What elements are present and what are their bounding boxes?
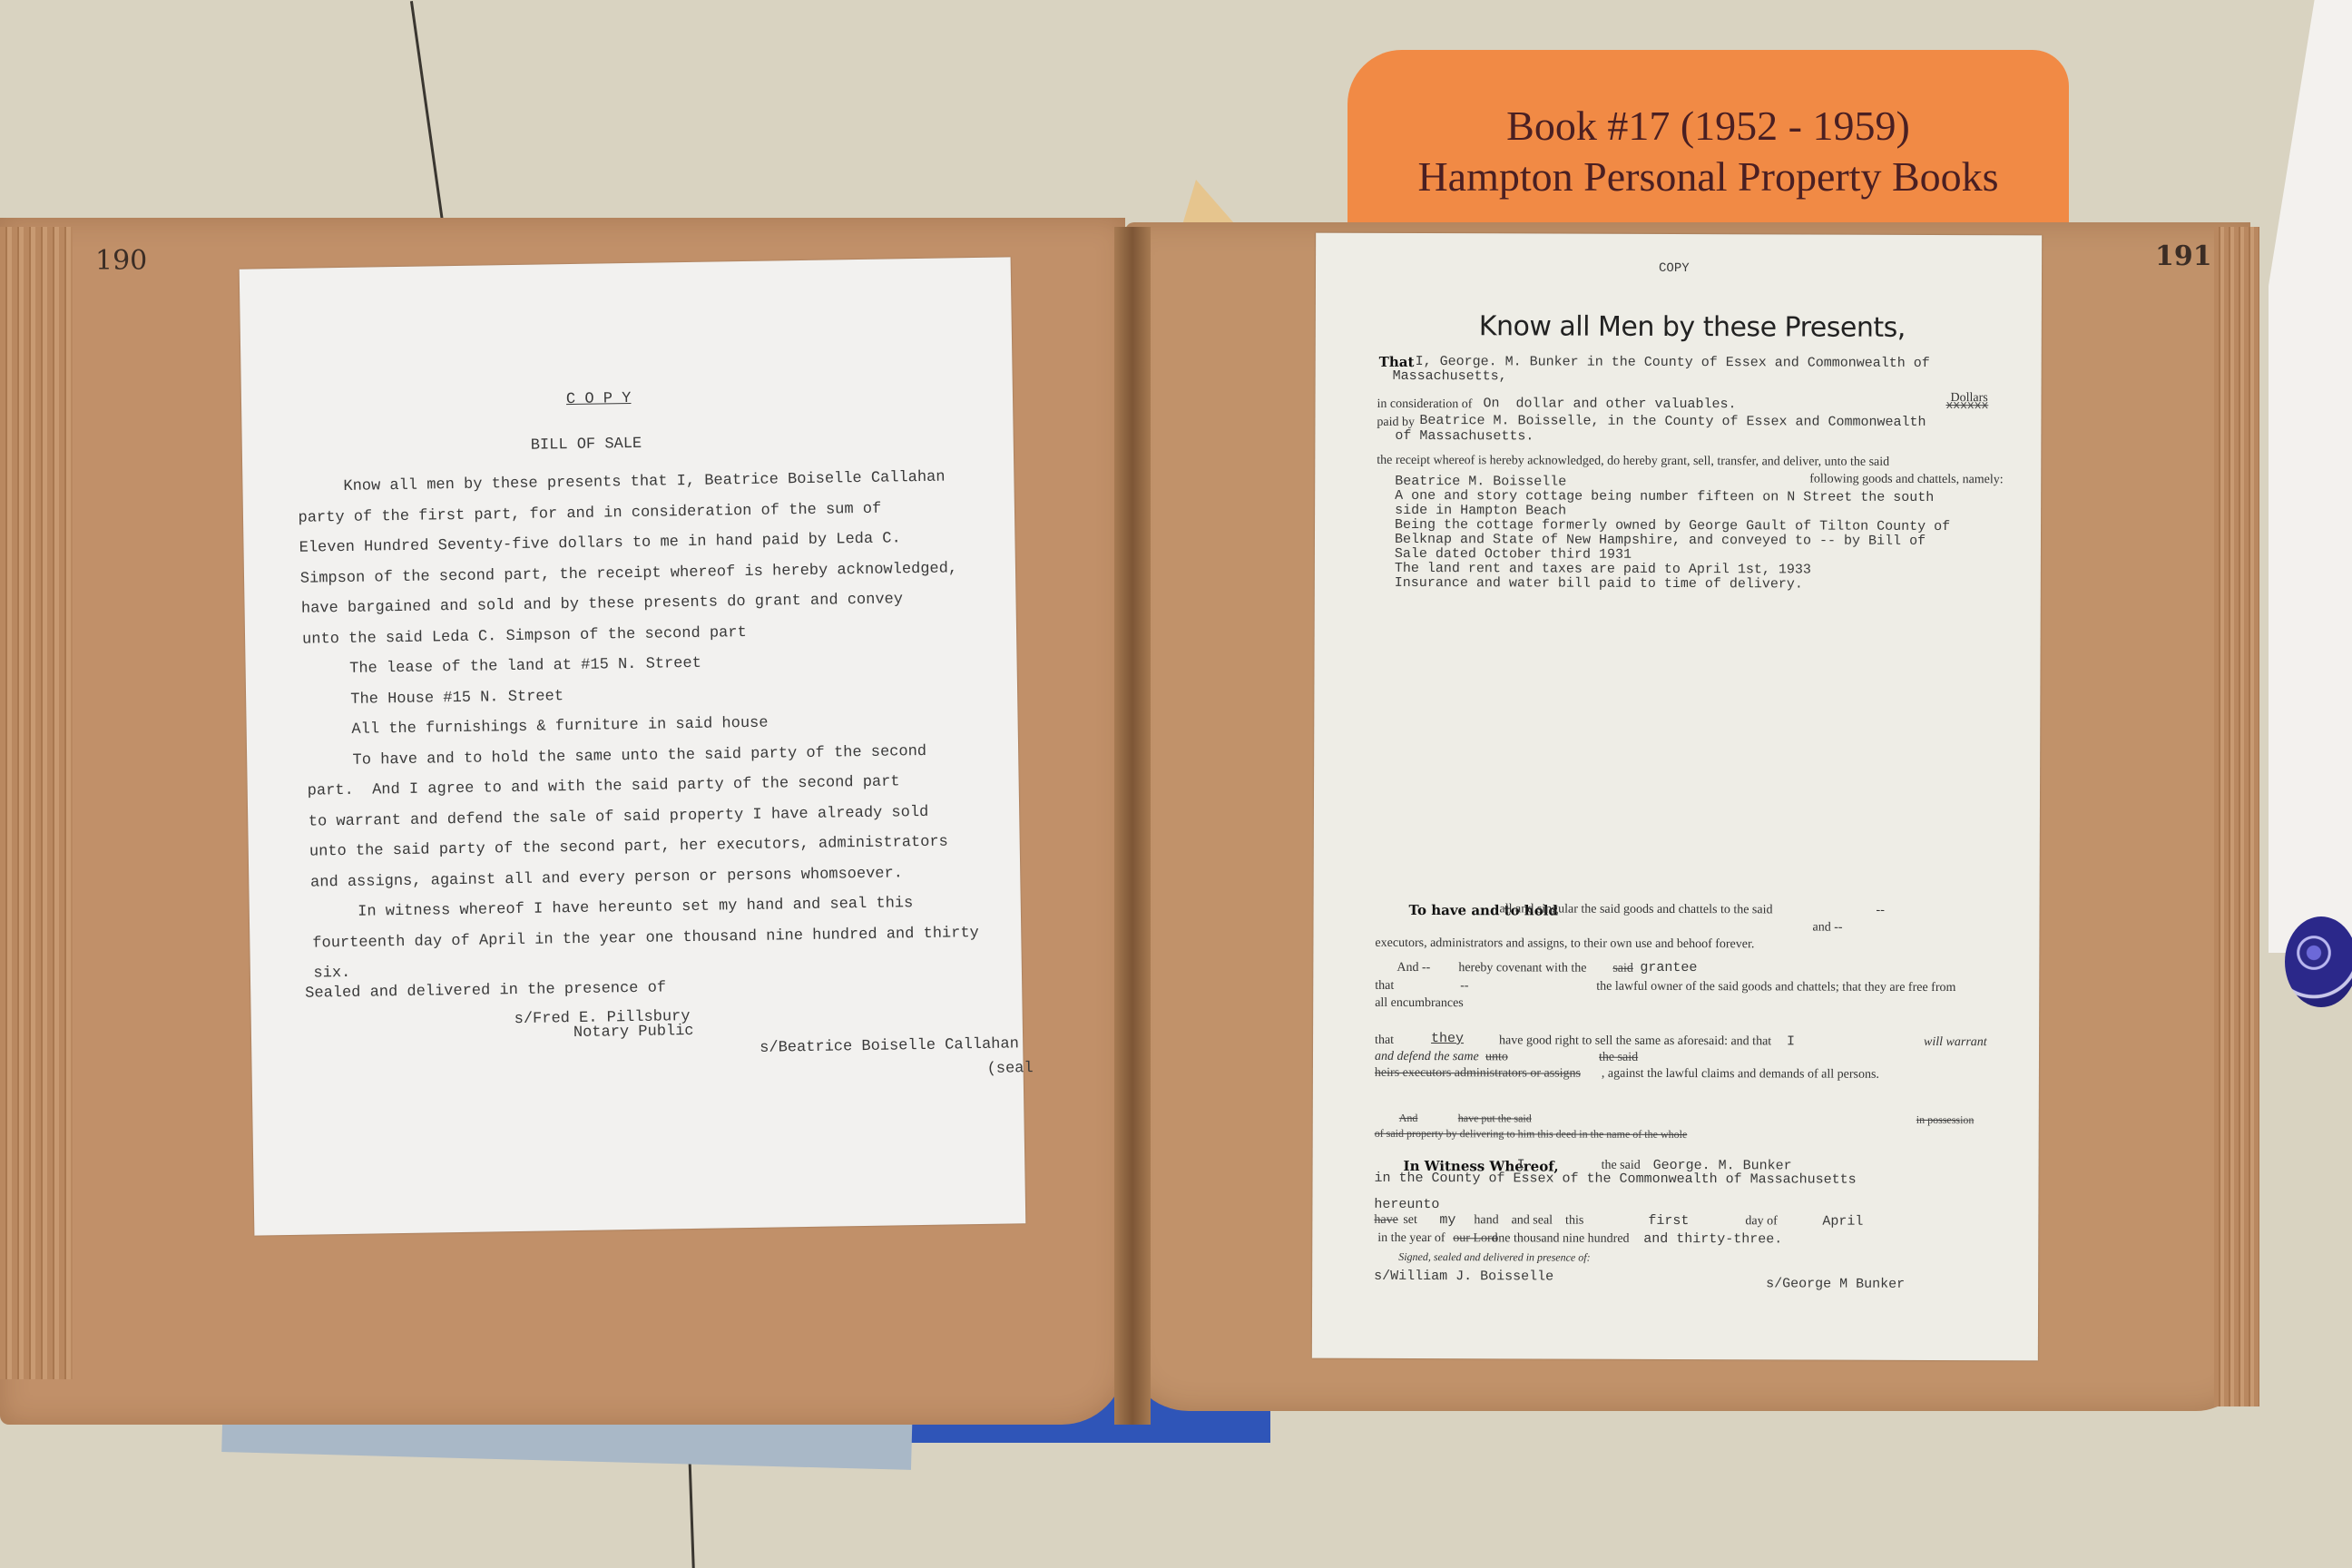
hereunto: hereunto <box>1374 1197 1439 1212</box>
covenant-and: And -- <box>1396 961 1430 975</box>
dollars-struck: xxxxxx <box>1945 398 1988 412</box>
defend-text: and defend the same <box>1375 1050 1479 1064</box>
grantee: Beatrice M. Boisselle <box>1395 474 1566 490</box>
set-dayof: day of <box>1745 1214 1777 1229</box>
year-text: one thousand nine hundred <box>1492 1231 1629 1247</box>
set-month: April <box>1822 1214 1863 1230</box>
right-i: I <box>1787 1034 1795 1049</box>
book-spine <box>1114 227 1151 1425</box>
goods-line: Insurance and water bill paid to time of… <box>1395 575 1803 593</box>
doc-line: Know all men by these presents that I, B… <box>297 469 945 496</box>
receipt-text: the receipt whereof is hereby acknowledg… <box>1377 454 1889 470</box>
goods-line: side in Hampton Beach <box>1395 503 1566 519</box>
signed-label: Signed, sealed and delivered in presence… <box>1398 1250 1590 1265</box>
set-my: my <box>1439 1212 1455 1228</box>
doc-line: The lease of the land at #15 N. Street <box>303 655 701 679</box>
doc-title: BILL OF SALE <box>531 436 642 455</box>
witness-title: Notary Public <box>573 1023 694 1042</box>
doc-line: party of the first part, for and in cons… <box>298 500 881 526</box>
deed-document: COPY Know all Men by these Presents, Tha… <box>1312 233 2042 1361</box>
struck-text: in possession <box>1916 1113 1975 1127</box>
struck-text: have <box>1374 1213 1397 1228</box>
owner-text: the lawful owner of the said goods and c… <box>1596 980 1955 995</box>
page-edges <box>0 227 73 1379</box>
doc-line: Eleven Hundred Seventy-five dollars to m… <box>299 530 901 556</box>
seal: (seal <box>986 1060 1033 1078</box>
year-label: in the year of <box>1377 1231 1445 1246</box>
witness-county: in the County of Essex of the Commonweal… <box>1375 1171 1857 1188</box>
covenant-grantee: grantee <box>1640 960 1697 975</box>
covenant-text: hereby covenant with the <box>1458 961 1586 975</box>
bill-of-sale-document: C O P Y BILL OF SALE Know all men by the… <box>240 257 1026 1235</box>
doc-line: Simpson of the second part, the receipt … <box>300 560 958 587</box>
owner-text: all encumbrances <box>1375 996 1464 1011</box>
struck-text: unto <box>1485 1050 1508 1064</box>
page-number-right: 191 <box>2155 240 2212 272</box>
doc-line: fourteenth day of April in the year one … <box>312 925 979 953</box>
doc-line: All the furnishings & furniture in said … <box>305 715 768 740</box>
struck-text: of said property by delivering to him th… <box>1375 1127 1688 1142</box>
right-they: they <box>1431 1031 1464 1046</box>
witness-signature: s/William J. Boisselle <box>1374 1269 1553 1285</box>
doc-line: to warrant and defend the sale of said p… <box>309 803 929 830</box>
doc-line: unto the said party of the second part, … <box>309 834 948 861</box>
set-text: set <box>1403 1213 1417 1228</box>
book-label-subtitle: Hampton Personal Property Books <box>1347 152 2069 201</box>
doc-title: Know all Men by these Presents, <box>1479 310 1906 344</box>
struck-text: And <box>1399 1112 1418 1125</box>
struck-text: heirs executors administrators or assign… <box>1375 1066 1581 1082</box>
doc-heading: COPY <box>1659 261 1690 276</box>
struck-text: have put the said <box>1458 1112 1532 1125</box>
doc-line: The House #15 N. Street <box>304 688 563 709</box>
heirs-text: , against the lawful claims and demands … <box>1602 1067 1879 1083</box>
consideration-value: On dollar and other valuables. <box>1483 396 1736 412</box>
blank: -- <box>1460 979 1468 994</box>
page-number-left: 190 <box>95 245 147 277</box>
witness-intro: Sealed and delivered in the presence of <box>305 979 666 1002</box>
consideration-label: in consideration of <box>1377 397 1472 412</box>
year-value: and thirty-three. <box>1643 1231 1782 1248</box>
table-seam <box>410 1 446 235</box>
doc-heading: C O P Y <box>566 390 632 408</box>
book-label: Book #17 (1952 - 1959) Hampton Personal … <box>1347 50 2069 240</box>
book-label-title: Book #17 (1952 - 1959) <box>1347 102 2069 150</box>
blank: -- <box>1877 904 1885 918</box>
doc-line: To have and to hold the same unto the sa… <box>306 742 926 769</box>
signature: s/Beatrice Boiselle Callahan <box>759 1035 1019 1056</box>
page-edges <box>2214 227 2259 1406</box>
right-warrant: will warrant <box>1924 1035 1987 1050</box>
set-day: first <box>1648 1213 1689 1229</box>
struck-text: the said <box>1599 1051 1638 1065</box>
set-hand: hand and seal this <box>1474 1213 1583 1228</box>
habendum-text: executors, administrators and assigns, t… <box>1375 936 1754 952</box>
doc-line: have bargained and sold and by these pre… <box>301 591 903 617</box>
struck-text: said <box>1612 962 1633 976</box>
right-that: that <box>1375 1034 1394 1048</box>
goods-label: following goods and chattels, namely: <box>1809 473 2004 488</box>
doc-line: part. And I agree to and with the said p… <box>308 773 900 799</box>
loose-paper <box>2269 0 2352 953</box>
grantor-line: Massachusetts, <box>1393 368 1507 384</box>
paid-by-line: Beatrice M. Boisselle, in the County of … <box>1419 413 1926 430</box>
doc-line: In witness whereof I have hereunto set m… <box>311 895 913 921</box>
habendum-text: all and singular the said goods and chat… <box>1500 902 1773 917</box>
right-text: have good right to sell the same as afor… <box>1499 1034 1771 1049</box>
doc-line: and assigns, against all and every perso… <box>310 865 903 891</box>
doc-line: unto the said Leda C. Simpson of the sec… <box>302 624 747 649</box>
button-coin <box>2285 916 2352 1007</box>
grantor-signature: s/George M Bunker <box>1766 1276 1905 1292</box>
owner-that: that <box>1375 979 1394 994</box>
habendum-and: and -- <box>1812 921 1842 936</box>
doc-line: six. <box>313 965 350 983</box>
paid-by-line: of Massachusetts. <box>1395 428 1534 445</box>
